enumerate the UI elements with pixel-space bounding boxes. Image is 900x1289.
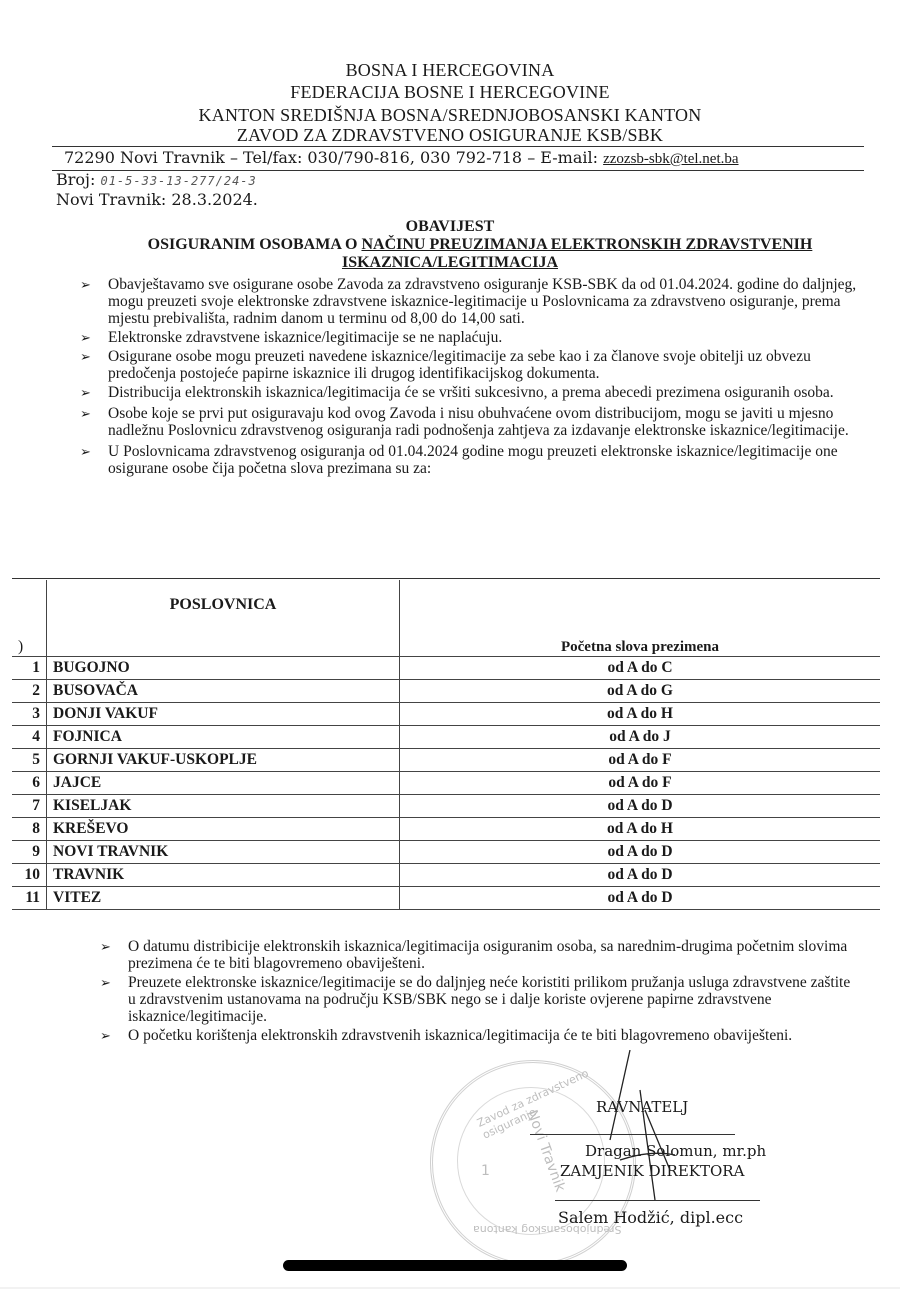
arrow-bullet-icon: ➢: [80, 443, 91, 460]
row-letter-range: od A do H: [400, 703, 881, 726]
bullet-item: ➢Osigurane osobe mogu preuzeti navedene …: [80, 348, 860, 382]
row-office-name: FOJNICA: [47, 726, 400, 749]
subtitle-underlined: NAČINU PREUZIMANJA ELEKTRONSKIH ZDRAVSTV…: [361, 236, 812, 253]
row-letter-range: od A do F: [400, 772, 881, 795]
contact-text: 72290 Novi Travnik – Tel/fax: 030/790-81…: [64, 148, 603, 167]
email-link[interactable]: zzozsb-sbk@tel.net.ba: [603, 151, 738, 167]
row-number: 8: [12, 818, 47, 841]
row-office-name: KISELJAK: [47, 795, 400, 818]
table-row: 11VITEZod A do D: [12, 887, 880, 910]
place-date: Novi Travnik: 28.3.2024.: [56, 190, 258, 209]
row-number: 6: [12, 772, 47, 795]
row-number: 9: [12, 841, 47, 864]
arrow-bullet-icon: ➢: [80, 329, 91, 346]
bullet-item: ➢U Poslovnicama zdravstvenog osiguranja …: [80, 443, 860, 477]
row-office-name: KREŠEVO: [47, 818, 400, 841]
row-office-name: DONJI VAKUF: [47, 703, 400, 726]
row-number: 4: [12, 726, 47, 749]
bullet-item: ➢O početku korištenja elektronskih zdrav…: [100, 1027, 860, 1044]
row-letter-range: od A do D: [400, 841, 881, 864]
bullet-item: ➢Elektronske zdravstvene iskaznice/legit…: [80, 329, 860, 346]
bullet-item: ➢Obavještavamo sve osigurane osobe Zavod…: [80, 276, 860, 327]
row-letter-range: od A do J: [400, 726, 881, 749]
row-office-name: TRAVNIK: [47, 864, 400, 887]
row-office-name: BUGOJNO: [47, 657, 400, 680]
home-indicator[interactable]: [283, 1260, 627, 1271]
bullet-list-top: ➢Obavještavamo sve osigurane osobe Zavod…: [80, 276, 860, 479]
table-row: 5GORNJI VAKUF-USKOPLJEod A do F: [12, 749, 880, 772]
subtitle-prefix: OSIGURANIM OSOBAMA O: [148, 236, 362, 253]
table-row: 4FOJNICAod A do J: [12, 726, 880, 749]
table-top-rule: [12, 578, 880, 579]
handwritten-signature: [600, 1050, 690, 1230]
bullet-item: ➢Osobe koje se prvi put osiguravaju kod …: [80, 405, 860, 439]
header-range: Početna slova prezimena: [400, 580, 881, 657]
row-number: 11: [12, 887, 47, 910]
table-row: 1BUGOJNOod A do C: [12, 657, 880, 680]
table-row: 9NOVI TRAVNIKod A do D: [12, 841, 880, 864]
reference-number: Broj: 01-5-33-13-277/24-3: [56, 170, 257, 189]
table-header-row: ) POSLOVNICA Početna slova prezimena: [12, 580, 880, 657]
stamp-number: 1: [481, 1163, 490, 1179]
row-letter-range: od A do G: [400, 680, 881, 703]
row-number: 1: [12, 657, 47, 680]
row-letter-range: od A do F: [400, 749, 881, 772]
row-letter-range: od A do D: [400, 864, 881, 887]
header-poslovnica: POSLOVNICA: [47, 580, 400, 657]
table-row: 3DONJI VAKUFod A do H: [12, 703, 880, 726]
table-row: 6JAJCEod A do F: [12, 772, 880, 795]
row-number: 10: [12, 864, 47, 887]
notice-title: OBAVIJEST: [0, 218, 900, 236]
row-number: 3: [12, 703, 47, 726]
offices-table: ) POSLOVNICA Početna slova prezimena 1BU…: [12, 580, 880, 910]
header-rule-top: [52, 146, 864, 147]
broj-label: Broj:: [56, 170, 95, 189]
arrow-bullet-icon: ➢: [80, 348, 91, 365]
bullet-list-bottom: ➢O datumu distribicije elektronskih iska…: [100, 938, 860, 1046]
row-letter-range: od A do D: [400, 887, 881, 910]
header-contact: 72290 Novi Travnik – Tel/fax: 030/790-81…: [64, 148, 739, 168]
bullet-item: ➢Distribucija elektronskih iskaznica/leg…: [80, 384, 860, 401]
row-letter-range: od A do H: [400, 818, 881, 841]
header-institution: ZAVOD ZA ZDRAVSTVENO OSIGURANJE KSB/SBK: [0, 125, 900, 146]
notice-subtitle-line2: ISKAZNICA/LEGITIMACIJA: [0, 254, 900, 272]
arrow-bullet-icon: ➢: [100, 938, 111, 955]
subtitle-underlined-2: ISKAZNICA/LEGITIMACIJA: [342, 254, 558, 271]
arrow-bullet-icon: ➢: [80, 276, 91, 293]
row-number: 7: [12, 795, 47, 818]
header-canton: KANTON SREDIŠNJA BOSNA/SREDNJOBOSANSKI K…: [0, 105, 900, 126]
row-office-name: BUSOVAČA: [47, 680, 400, 703]
arrow-bullet-icon: ➢: [100, 974, 111, 991]
row-number: 2: [12, 680, 47, 703]
bullet-item: ➢O datumu distribicije elektronskih iska…: [100, 938, 860, 972]
header-country: BOSNA I HERCEGOVINA: [0, 60, 900, 81]
table-row: 10TRAVNIKod A do D: [12, 864, 880, 887]
row-office-name: VITEZ: [47, 887, 400, 910]
notice-subtitle: OSIGURANIM OSOBAMA O NAČINU PREUZIMANJA …: [30, 236, 900, 254]
broj-value: 01-5-33-13-277/24-3: [100, 174, 256, 188]
table-row: 2BUSOVAČAod A do G: [12, 680, 880, 703]
row-number: 5: [12, 749, 47, 772]
header-federation: FEDERACIJA BOSNE I HERCEGOVINE: [0, 82, 900, 103]
table-body: 1BUGOJNOod A do C2BUSOVAČAod A do G3DONJ…: [12, 657, 880, 910]
row-letter-range: od A do D: [400, 795, 881, 818]
bullet-item: ➢Preuzete elektronske iskaznice/legitima…: [100, 974, 860, 1025]
row-office-name: JAJCE: [47, 772, 400, 795]
row-office-name: NOVI TRAVNIK: [47, 841, 400, 864]
table-row: 8KREŠEVOod A do H: [12, 818, 880, 841]
row-office-name: GORNJI VAKUF-USKOPLJE: [47, 749, 400, 772]
arrow-bullet-icon: ➢: [100, 1027, 111, 1044]
header-num: ): [12, 580, 47, 657]
arrow-bullet-icon: ➢: [80, 405, 91, 422]
signatory-name-2: Salem Hodžić, dipl.ecc: [558, 1208, 743, 1227]
arrow-bullet-icon: ➢: [80, 384, 91, 401]
table-row: 7KISELJAKod A do D: [12, 795, 880, 818]
row-letter-range: od A do C: [400, 657, 881, 680]
